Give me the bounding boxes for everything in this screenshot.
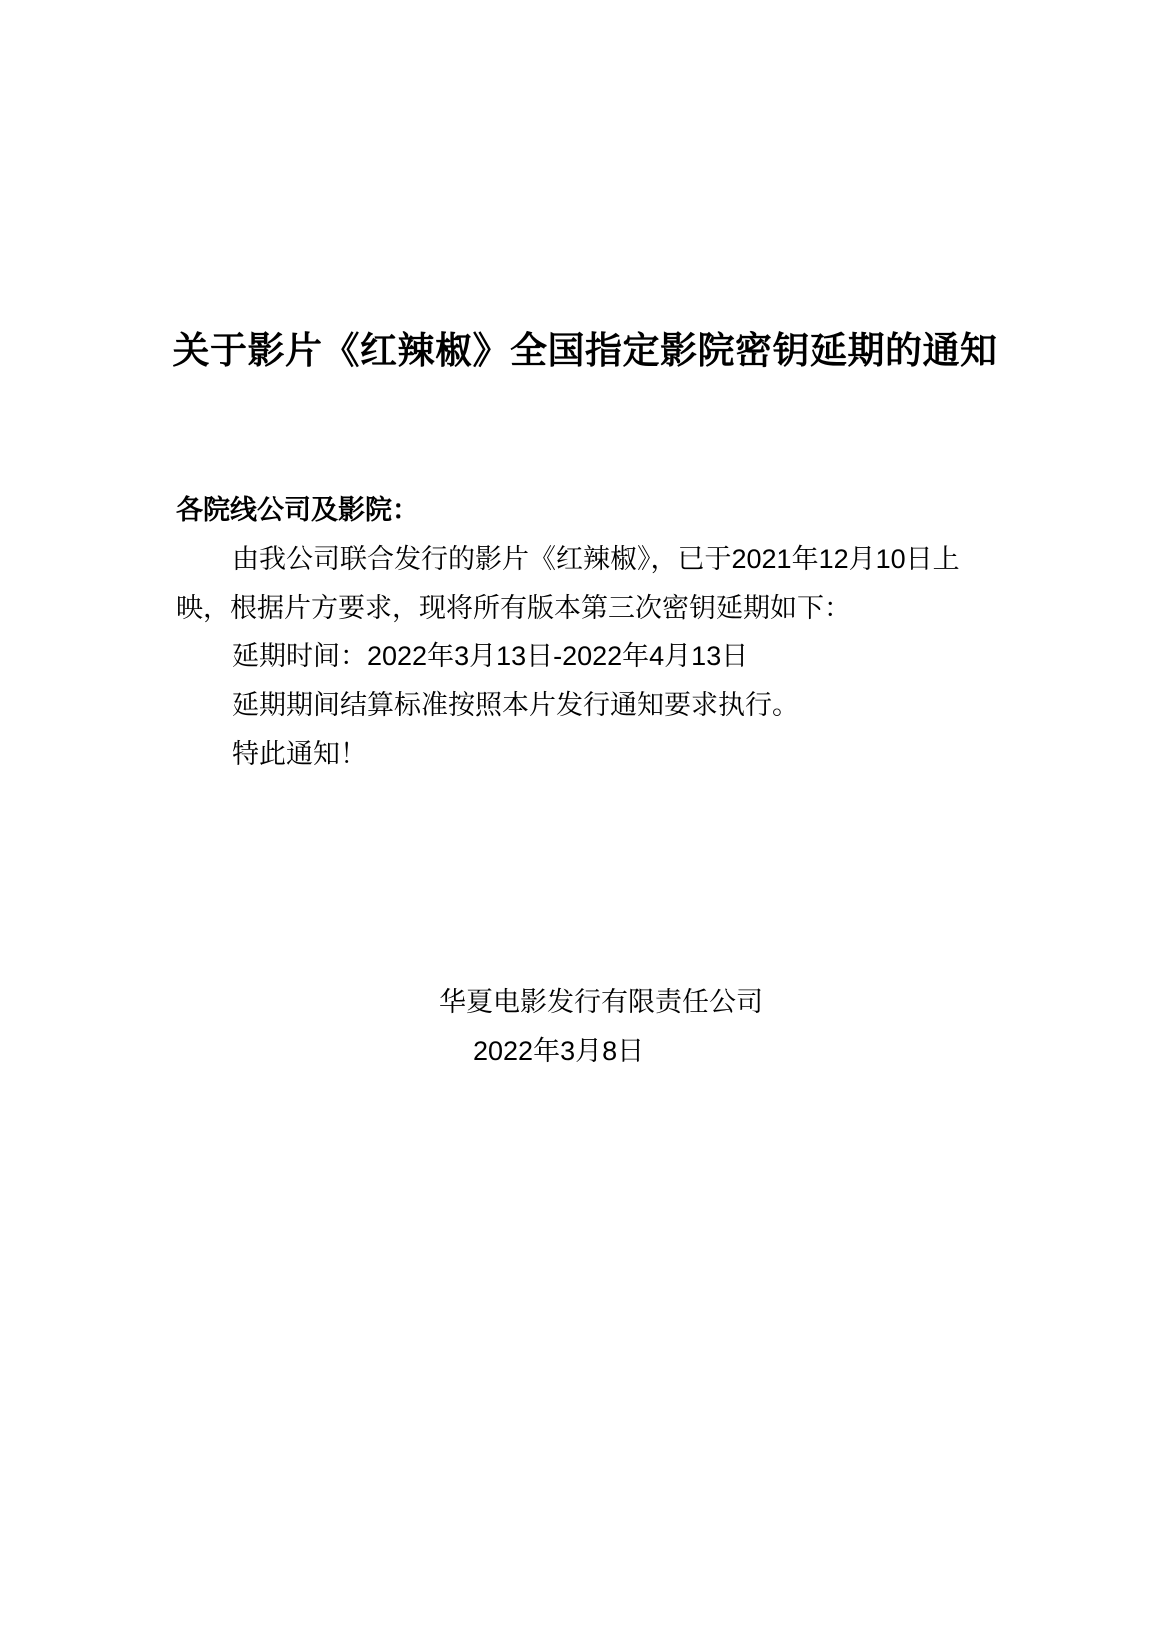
notice-body: 各院线公司及影院： 由我公司联合发行的影片《红辣椒》，已于2021年12月10日… — [176, 486, 960, 779]
paragraph-line: 映，根据片方要求，现将所有版本第三次密钥延期如下： — [176, 584, 960, 633]
notice-page: 关于影片《红辣椒》全国指定影院密钥延期的通知 各院线公司及影院： 由我公司联合发… — [0, 0, 1170, 1632]
signature-company: 华夏电影发行有限责任公司 — [439, 978, 763, 1027]
paragraph-line: 延期时间：2022年3月13日-2022年4月13日 — [176, 632, 960, 681]
signature-date: 2022年3月8日 — [439, 1027, 763, 1076]
salutation-line: 各院线公司及影院： — [176, 486, 960, 535]
paragraph-line: 由我公司联合发行的影片《红辣椒》，已于2021年12月10日上 — [176, 535, 960, 584]
signature-block: 华夏电影发行有限责任公司 2022年3月8日 — [439, 978, 763, 1076]
paragraph-line: 延期期间结算标准按照本片发行通知要求执行。 — [176, 681, 960, 730]
notice-title: 关于影片《红辣椒》全国指定影院密钥延期的通知 — [0, 328, 1170, 374]
paragraph-line: 特此通知！ — [176, 730, 960, 779]
